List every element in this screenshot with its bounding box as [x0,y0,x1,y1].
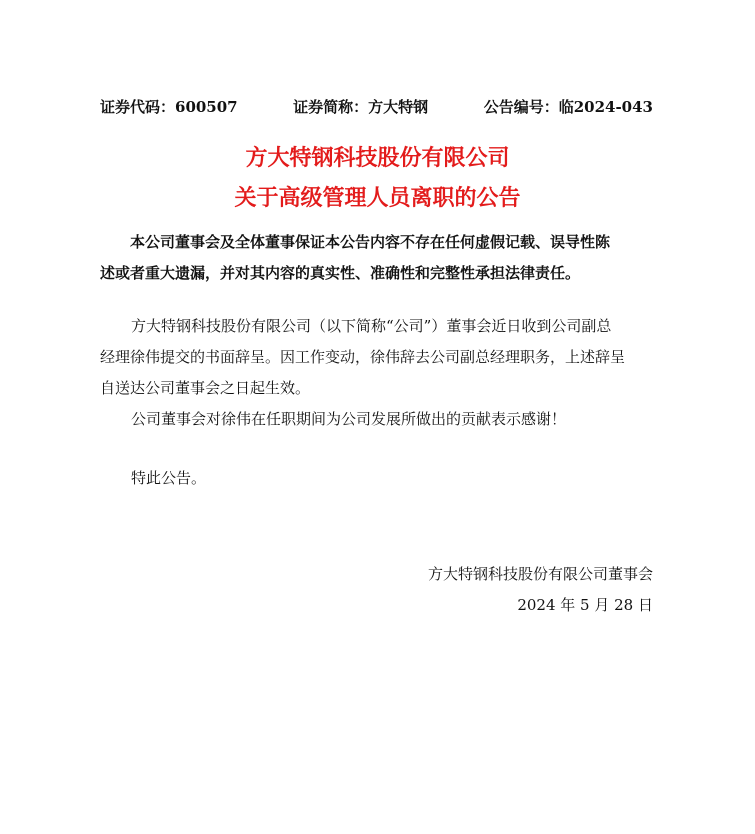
board-statement: 本公司董事会及全体董事保证本公告内容不存在任何虚假记载、误导性陈 述或者重大遗漏… [100,227,653,289]
stock-code: 证券代码：600507 [100,96,238,117]
body-line: 自送达公司董事会之日起生效。 [100,373,653,404]
announcement-number: 公告编号：临2024-043 [484,96,653,117]
company-title: 方大特钢科技股份有限公司 [0,141,755,172]
closing-text: 特此公告。 [131,467,206,488]
body-line: 公司董事会对徐伟在任职期间为公司发展所做出的贡献表示感谢！ [100,404,653,435]
body-line: 经理徐伟提交的书面辞呈。因工作变动，徐伟辞去公司副总经理职务，上述辞呈 [100,342,653,373]
statement-line: 本公司董事会及全体董事保证本公告内容不存在任何虚假记载、误导性陈 [100,227,653,258]
statement-line: 述或者重大遗漏，并对其内容的真实性、准确性和完整性承担法律责任。 [100,258,653,289]
document-header: 证券代码：600507 证券简称：方大特钢 公告编号：临2024-043 [100,95,653,117]
announcement-body: 方大特钢科技股份有限公司（以下简称“公司”）董事会近日收到公司副总 经理徐伟提交… [100,311,653,435]
issuer-signature: 方大特钢科技股份有限公司董事会 [428,563,653,584]
issue-date: 2024 年 5 月 28 日 [517,594,653,615]
announcement-title: 关于高级管理人员离职的公告 [0,181,755,212]
stock-name: 证券简称：方大特钢 [293,96,428,117]
body-line: 方大特钢科技股份有限公司（以下简称“公司”）董事会近日收到公司副总 [100,311,653,342]
announcement-page: 证券代码：600507 证券简称：方大特钢 公告编号：临2024-043 方大特… [0,0,755,834]
